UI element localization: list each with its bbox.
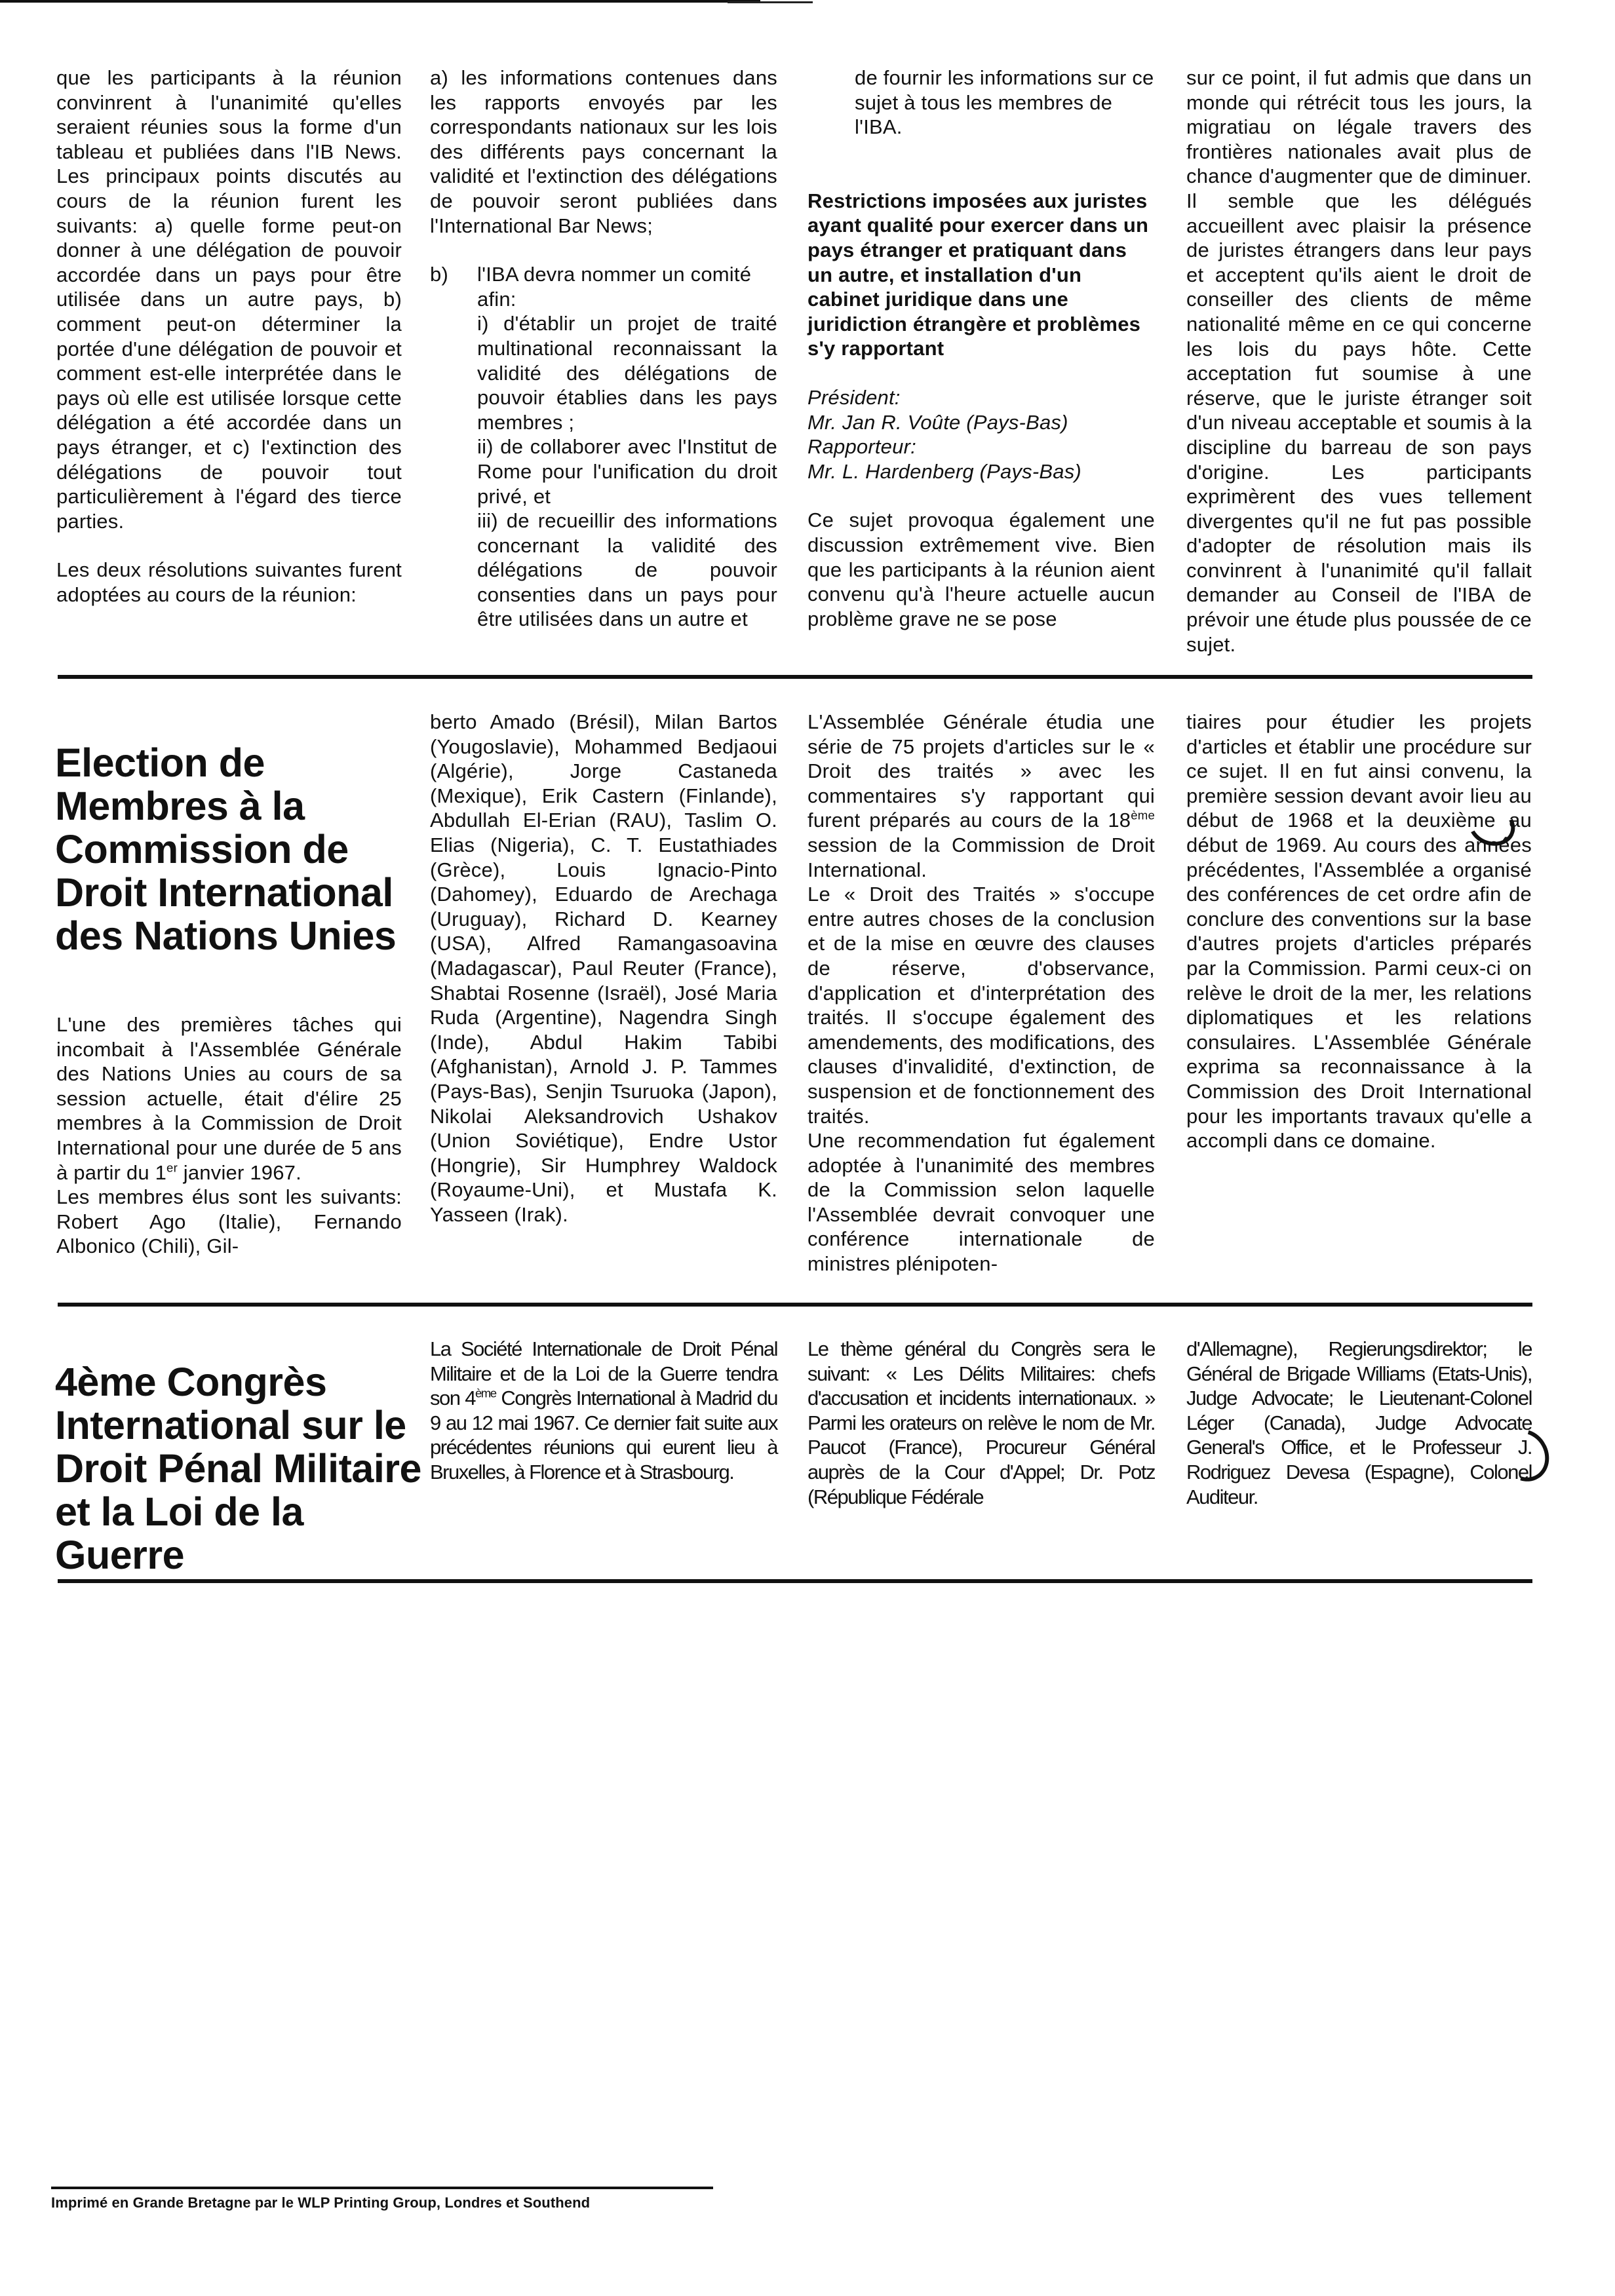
- s1-col4-paragraph: sur ce point, il fut admis que dans un m…: [1186, 66, 1532, 657]
- resolution-item-b-i: i) d'établir un projet de traité multina…: [477, 311, 777, 434]
- s2-column-4: tiaires pour étudier les projets d'artic…: [1186, 710, 1532, 1153]
- s3-col3-paragraph: Le thème général du Congrès sera le suiv…: [807, 1337, 1155, 1509]
- s2-col3-paragraph-1: L'Assemblée Générale étudia une série de…: [807, 710, 1155, 882]
- resolution-item-b-iii: iii) de recueillir des informations conc…: [477, 508, 777, 632]
- section-divider-3: [58, 1579, 1532, 1583]
- s1-col3-paragraph: Ce sujet provoqua également une discussi…: [807, 508, 1155, 631]
- s2-col1-text-start: L'une des premières tâches qui incombait…: [56, 1013, 402, 1184]
- superscript-eme: ème: [1131, 809, 1155, 822]
- s3-column-3: Le thème général du Congrès sera le suiv…: [807, 1337, 1155, 1509]
- section-divider-1: [58, 675, 1532, 679]
- resolution-item-a: a) les informations contenues dans les r…: [430, 66, 777, 238]
- resolution-item-b-intro: l'IBA devra nommer un comité afin:: [477, 262, 777, 311]
- s1-column-2: a) les informations contenues dans les r…: [430, 66, 777, 632]
- s2-column-3: L'Assemblée Générale étudia une série de…: [807, 710, 1155, 1276]
- s2-col1-text-end: janvier 1967.: [178, 1161, 302, 1184]
- president-label: Président:: [807, 385, 1155, 410]
- s2-col3-paragraph-2: Le « Droit des Traités » s'occupe entre …: [807, 882, 1155, 1128]
- s1-column-3: de fournir les informations sur ce sujet…: [807, 66, 1155, 631]
- s3-col4-paragraph: d'Allemagne), Regierungsdirektor; le Gén…: [1186, 1337, 1532, 1509]
- resolution-item-b: b) l'IBA devra nommer un comité afin: i)…: [430, 262, 777, 632]
- s2-col4-paragraph: tiaires pour étudier les projets d'artic…: [1186, 710, 1532, 1153]
- s3-col2-text-end: Congrès International à Madrid du 9 au 1…: [430, 1387, 777, 1483]
- resolution-item-b-ii: ii) de collaborer avec l'Institut de Rom…: [477, 434, 777, 508]
- resolution-item-b-continuation: de fournir les informations sur ce sujet…: [807, 66, 1155, 140]
- headline-congress: 4ème Congrès International sur le Droit …: [55, 1360, 422, 1577]
- s2-col1-paragraph-2: Les membres élus sont les suivants: Robe…: [56, 1185, 402, 1259]
- footer-rule: [51, 2187, 713, 2189]
- s1-column-1: que les participants à la réunion convin…: [56, 66, 402, 607]
- rapporteur-label: Rapporteur:: [807, 434, 1155, 459]
- elected-members-list: berto Amado (Brésil), Milan Bartos (Youg…: [430, 710, 777, 1227]
- s1-col1-paragraph-2: Les deux résolutions suivantes furent ad…: [56, 558, 402, 607]
- headline-election: Election de Membres à la Commission de D…: [55, 741, 422, 957]
- superscript-er: er: [166, 1160, 178, 1174]
- s1-column-4: sur ce point, il fut admis que dans un m…: [1186, 66, 1532, 657]
- s2-col3-text-end: session de la Commission de Droit Intern…: [807, 833, 1155, 881]
- president-name: Mr. Jan R. Voûte (Pays-Bas): [807, 410, 1155, 435]
- s2-col1-paragraph-1: L'une des premières tâches qui incombait…: [56, 1012, 402, 1185]
- s3-column-4: d'Allemagne), Regierungsdirektor; le Gén…: [1186, 1337, 1532, 1509]
- s3-col2-paragraph: La Société Internationale de Droit Pénal…: [430, 1337, 777, 1485]
- s1-col1-paragraph-1: que les participants à la réunion convin…: [56, 66, 402, 533]
- subsection-heading-restrictions: Restrictions imposées aux juristes ayant…: [807, 189, 1155, 361]
- section-divider-2: [58, 1303, 1532, 1307]
- top-edge-rule: [0, 0, 760, 3]
- s3-column-2: La Société Internationale de Droit Pénal…: [430, 1337, 777, 1485]
- s2-column-2: berto Amado (Brésil), Milan Bartos (Youg…: [430, 710, 777, 1227]
- s2-col3-paragraph-3: Une recommendation fut également adoptée…: [807, 1128, 1155, 1276]
- top-edge-mark: [728, 1, 813, 3]
- superscript-eme: ème: [475, 1387, 496, 1400]
- resolution-item-b-label: b): [430, 262, 477, 632]
- printer-imprint: Imprimé en Grande Bretagne par le WLP Pr…: [51, 2194, 590, 2211]
- s2-col3-text-start: L'Assemblée Générale étudia une série de…: [807, 710, 1155, 832]
- rapporteur-name: Mr. L. Hardenberg (Pays-Bas): [807, 459, 1155, 484]
- s2-column-1: L'une des premières tâches qui incombait…: [56, 1012, 402, 1259]
